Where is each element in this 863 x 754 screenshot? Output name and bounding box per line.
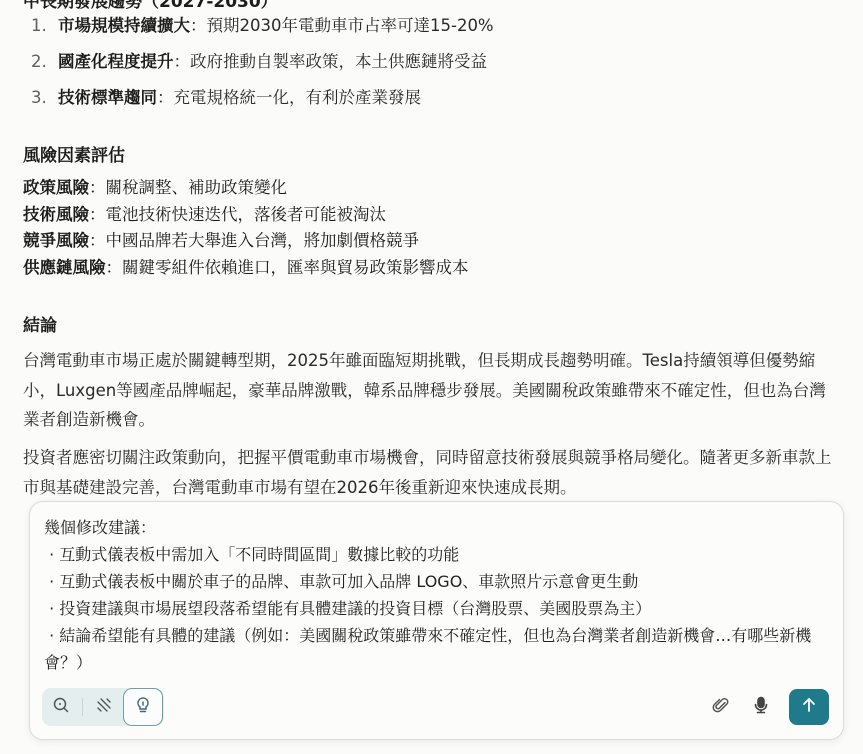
conclusion-section-title: 結論 bbox=[23, 311, 57, 336]
list-item: 1. 市場規模持續擴大 ：預期2030年電動車市占率可達15-20% bbox=[31, 14, 494, 50]
risk-item: 競爭風險：中國品牌若大舉進入台灣，將加劇價格競爭 bbox=[23, 228, 469, 255]
message-composer bbox=[29, 501, 844, 740]
message-input[interactable] bbox=[44, 514, 834, 676]
risk-label: 政策風險 bbox=[23, 178, 89, 197]
risk-section-title: 風險因素評估 bbox=[23, 141, 125, 166]
risk-text: ：中國品牌若大舉進入台灣，將加劇價格競爭 bbox=[89, 231, 419, 250]
risk-list: 政策風險：關稅調整、補助政策變化 技術風險：電池技術快速迭代，落後者可能被淘汰 … bbox=[23, 175, 469, 281]
list-item-title: 技術標準趨同 bbox=[58, 86, 157, 110]
list-number: 2. bbox=[31, 50, 58, 74]
lightbulb-icon bbox=[135, 696, 151, 718]
risk-text: ：關鍵零組件依賴進口，匯率與貿易政策影響成本 bbox=[106, 258, 469, 277]
list-item-title: 市場規模持續擴大 bbox=[58, 14, 190, 38]
microphone-icon bbox=[753, 696, 769, 718]
list-item-title: 國產化程度提升 bbox=[58, 50, 174, 74]
list-item: 2. 國產化程度提升 ：政府推動自製率政策，本土供應鏈將受益 bbox=[31, 50, 494, 86]
conclusion-paragraph: 台灣電動車市場正處於關鍵轉型期，2025年雖面臨短期挑戰，但長期成長趨勢明確。T… bbox=[23, 346, 838, 435]
connector-icon bbox=[95, 696, 113, 718]
voice-button[interactable] bbox=[741, 688, 781, 726]
list-number: 1. bbox=[31, 14, 58, 38]
research-button[interactable] bbox=[42, 688, 80, 726]
trend-list: 1. 市場規模持續擴大 ：預期2030年電動車市占率可達15-20% 2. 國產… bbox=[31, 14, 494, 122]
attach-button[interactable] bbox=[701, 688, 741, 726]
send-button[interactable] bbox=[789, 689, 829, 725]
think-button[interactable] bbox=[123, 688, 163, 726]
paperclip-icon bbox=[712, 696, 730, 718]
list-item: 3. 技術標準趨同 ：充電規格統一化，有利於產業發展 bbox=[31, 86, 494, 122]
list-item-text: ：預期2030年電動車市占率可達15-20% bbox=[190, 14, 494, 38]
search-icon bbox=[52, 696, 70, 718]
arrow-up-icon bbox=[802, 697, 816, 717]
risk-item: 供應鏈風險：關鍵零組件依賴進口，匯率與貿易政策影響成本 bbox=[23, 255, 469, 282]
risk-item: 政策風險：關稅調整、補助政策變化 bbox=[23, 175, 469, 202]
risk-label: 供應鏈風險 bbox=[23, 258, 106, 277]
connectors-button[interactable] bbox=[85, 688, 123, 726]
list-item-text: ：政府推動自製率政策，本土供應鏈將受益 bbox=[174, 50, 488, 74]
risk-item: 技術風險：電池技術快速迭代，落後者可能被淘汰 bbox=[23, 202, 469, 229]
section-heading-trends: 中長期發展趨勢（2027-2030） bbox=[23, 0, 278, 12]
composer-tool-group bbox=[42, 688, 164, 726]
tool-divider bbox=[82, 698, 83, 716]
risk-label: 技術風險 bbox=[23, 205, 89, 224]
list-number: 3. bbox=[31, 86, 58, 110]
risk-text: ：電池技術快速迭代，落後者可能被淘汰 bbox=[89, 205, 386, 224]
risk-text: ：關稅調整、補助政策變化 bbox=[89, 178, 287, 197]
conclusion-paragraph: 投資者應密切關注政策動向，把握平價電動車市場機會，同時留意技術發展與競爭格局變化… bbox=[23, 443, 838, 502]
chat-page: 中長期發展趨勢（2027-2030） 1. 市場規模持續擴大 ：預期2030年電… bbox=[0, 0, 863, 754]
list-item-text: ：充電規格統一化，有利於產業發展 bbox=[157, 86, 421, 110]
risk-label: 競爭風險 bbox=[23, 231, 89, 250]
composer-actions bbox=[701, 688, 829, 726]
